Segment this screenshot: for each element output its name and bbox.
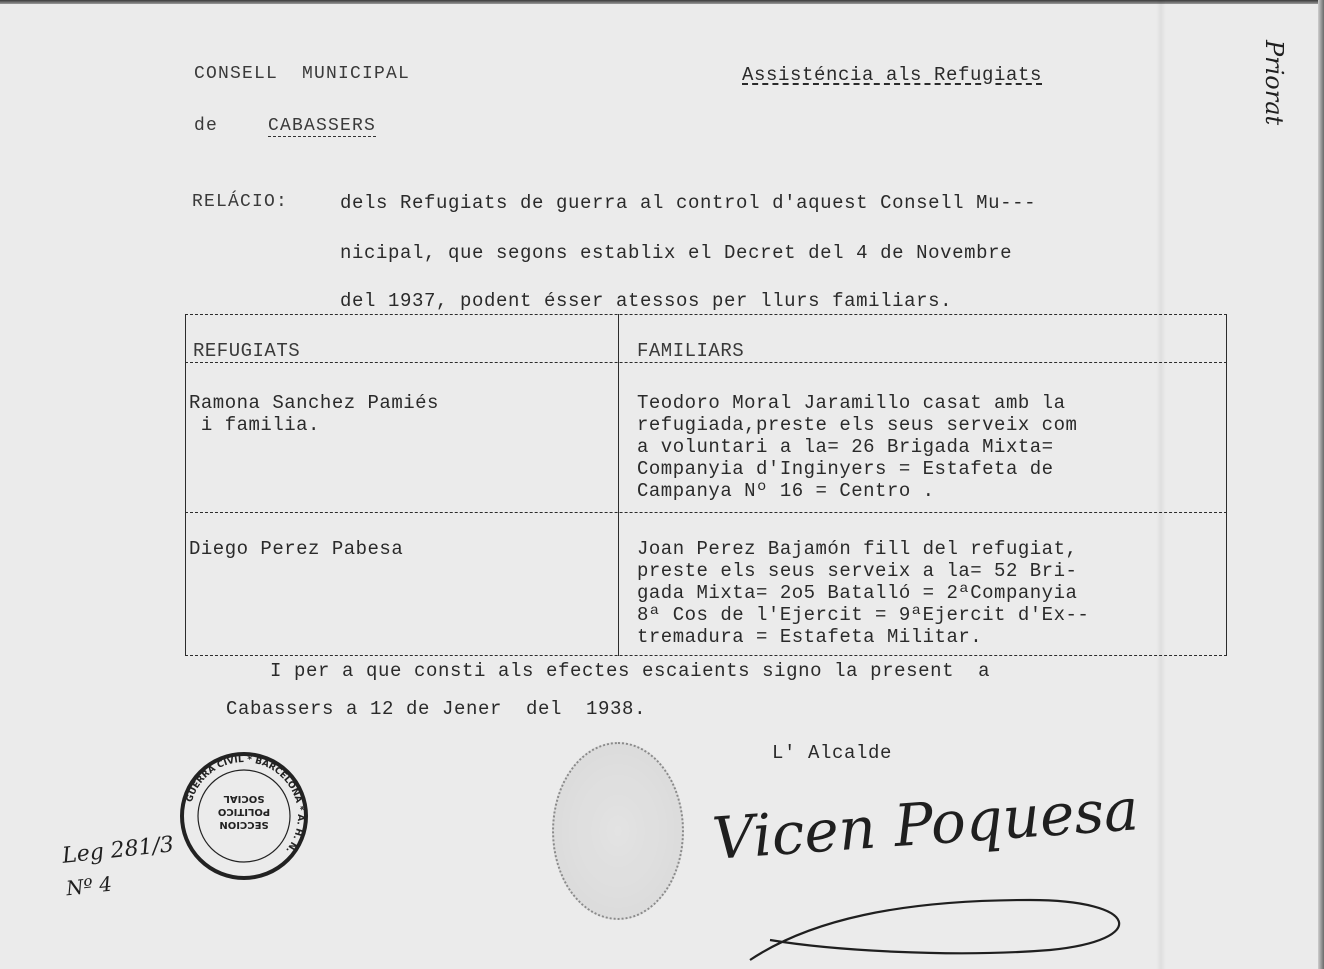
relacio-line-2: nicipal, que segons establix el Decret d…: [340, 242, 1012, 264]
stamp-inner-line: POLITICO: [218, 806, 270, 817]
table-left-border: [185, 314, 186, 656]
familiar-line: Joan Perez Bajamón fill del refugiat,: [637, 538, 1077, 560]
scan-top-edge: [0, 0, 1324, 4]
familiar-line: tremadura = Estafeta Militar.: [637, 626, 982, 648]
refugees-table: REFUGIATS FAMILIARS Ramona Sanchez Pamié…: [185, 314, 1227, 656]
relacio-line-3: del 1937, podent ésser atessos per llurs…: [340, 290, 952, 312]
scan-right-edge: [1318, 0, 1324, 969]
familiar-line: refugiada,preste els seus serveix com: [637, 414, 1077, 436]
relacio-label: RELÁCIO:: [192, 192, 288, 212]
refugiat-name: Diego Perez Pabesa: [189, 538, 403, 560]
signature-title: L' Alcalde: [772, 742, 892, 764]
familiar-line: a voluntari a la= 26 Brigada Mixta=: [637, 436, 1054, 458]
archive-stamp: SECCION POLITICO SOCIAL GUERRA CIVIL * B…: [180, 752, 308, 880]
stamp-inner-line: SECCION: [219, 819, 268, 830]
table-bottom-border: [185, 655, 1227, 656]
column-header-refugiats: REFUGIATS: [193, 340, 300, 362]
signature-flourish: [730, 880, 1160, 969]
refugiat-note: i familia.: [189, 414, 320, 436]
archive-note-number: Nº 4: [65, 872, 113, 901]
stamp-inner-line: SOCIAL: [223, 793, 265, 804]
familiar-line: Campanya Nº 16 = Centro .: [637, 480, 935, 502]
table-top-border: [185, 314, 1227, 315]
department-title: Assisténcia als Refugiats: [742, 64, 1042, 86]
table-header-border: [185, 362, 1227, 363]
council-town: CABASSERS: [268, 116, 376, 137]
familiar-line: gada Mixta= 2o5 Batalló = 2ªCompanyia: [637, 582, 1077, 604]
stamp-graphic: SECCION POLITICO SOCIAL GUERRA CIVIL * B…: [180, 752, 308, 880]
embossed-seal: [552, 742, 684, 920]
council-name: CONSELL MUNICIPAL: [194, 64, 410, 84]
margin-note-priorat: Priorat: [1260, 40, 1288, 125]
council-de: de: [194, 116, 218, 136]
refugiat-name: Ramona Sanchez Pamiés: [189, 392, 439, 414]
handwritten-signature: Vicen Poquesa: [710, 775, 1140, 873]
closing-line-2: Cabassers a 12 de Jener del 1938.: [226, 698, 646, 720]
familiar-line: 8ª Cos de l'Ejercit = 9ªEjercit d'Ex--: [637, 604, 1089, 626]
familiar-line: Teodoro Moral Jaramillo casat amb la: [637, 392, 1065, 414]
archive-note-legajo: Leg 281/3: [61, 832, 175, 869]
table-row-divider: [185, 512, 1227, 513]
familiar-line: Companyia d'Inginyers = Estafeta de: [637, 458, 1054, 480]
table-right-border: [1226, 314, 1227, 656]
familiar-line: preste els seus serveix a la= 52 Bri-: [637, 560, 1077, 582]
closing-line-1: I per a que consti als efectes escaients…: [270, 660, 990, 682]
relacio-line-1: dels Refugiats de guerra al control d'aq…: [340, 192, 1036, 214]
column-header-familiars: FAMILIARS: [637, 340, 744, 362]
table-column-divider: [618, 314, 619, 656]
